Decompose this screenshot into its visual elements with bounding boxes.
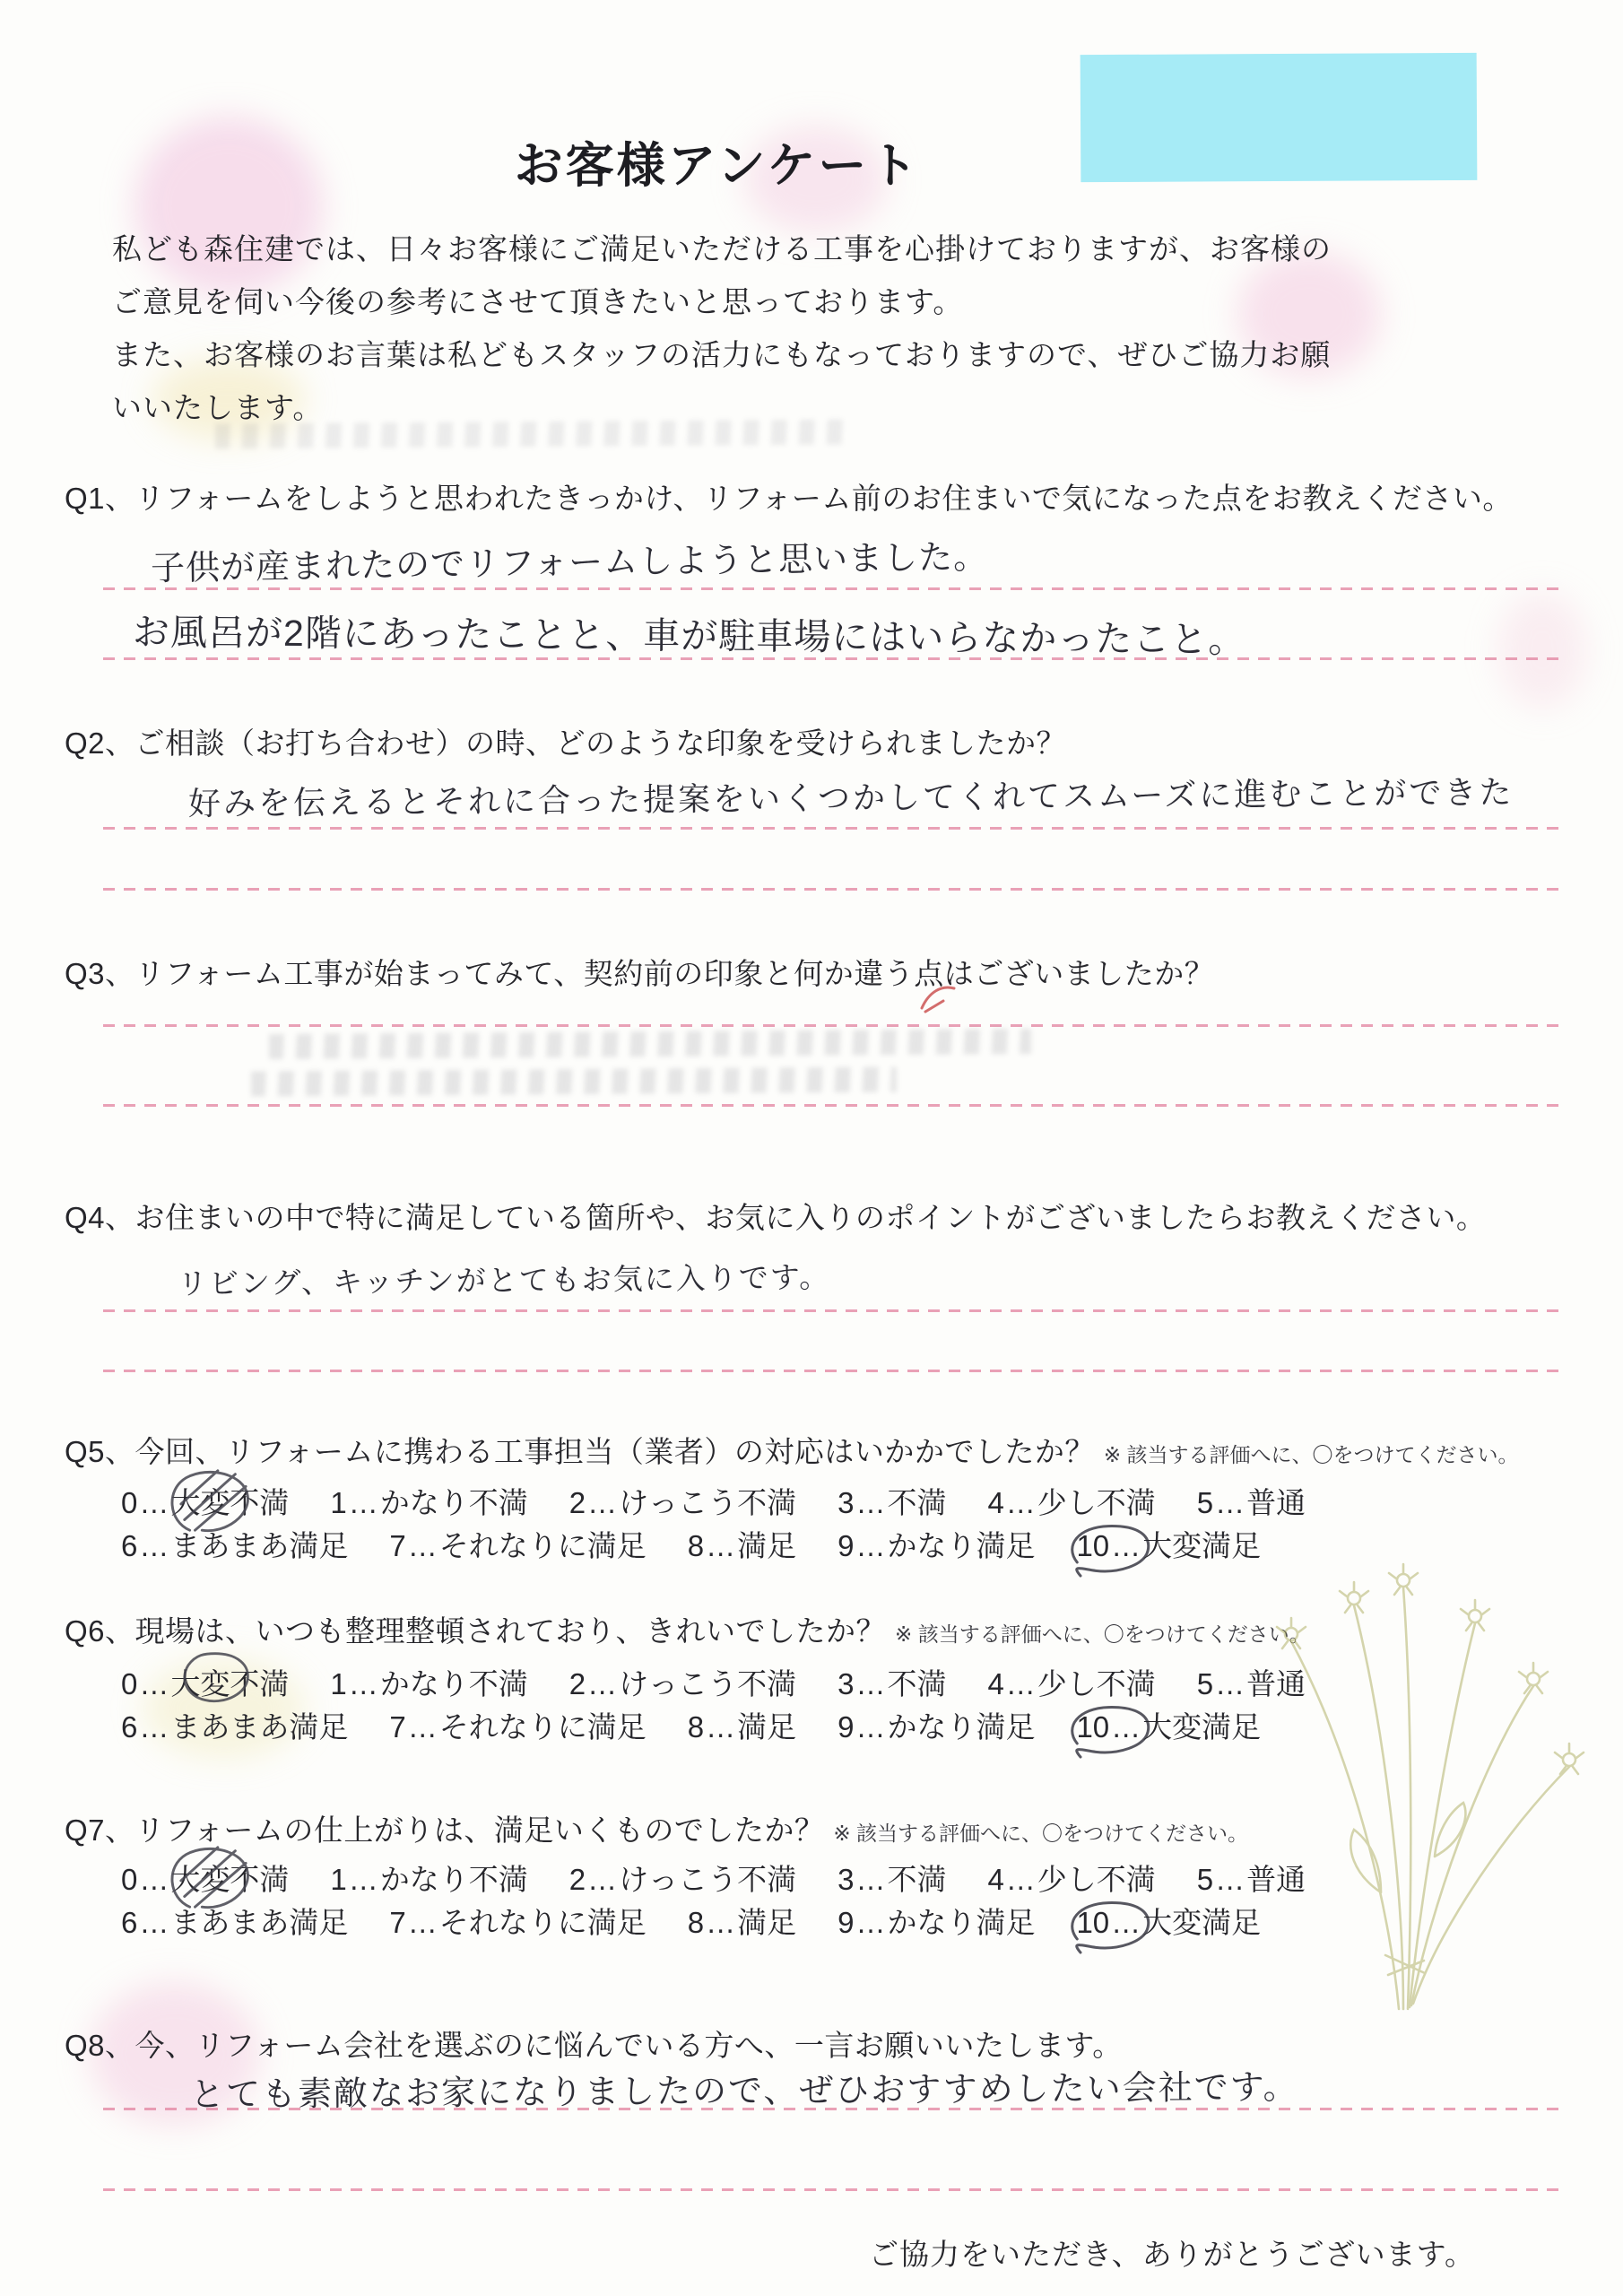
question-label: Q6、 xyxy=(65,1614,135,1648)
rating-label: 大変不満 xyxy=(170,1857,289,1899)
answer-line xyxy=(103,1309,1565,1312)
rating-option-4: 4…少し不満 xyxy=(987,1661,1155,1703)
rating-option-0: 0…大変不満 xyxy=(121,1661,289,1703)
rating-number: 8 xyxy=(688,1906,704,1940)
rating-number: 9 xyxy=(838,1529,854,1563)
rating-label: 満足 xyxy=(737,1523,796,1565)
rating-instruction-note: ※ 該当する評価へに、〇をつけてください。 xyxy=(895,1622,1310,1646)
question-q3: Q3、リフォーム工事が始まってみて、契約前の印象と何か違う点はございましたか？ xyxy=(65,951,1214,993)
question-q8: Q8、今、リフォーム会社を選ぶのに悩んでいる方へ、一言お願いいたします。 xyxy=(65,2022,1123,2065)
intro-paragraph: 私ども森住建では、日々お客様にご満足いただける工事を心掛けておりますが、お客様の… xyxy=(112,222,1439,434)
rating-label: かなり不満 xyxy=(380,1480,528,1522)
rating-number: 10 xyxy=(1076,1529,1109,1563)
rating-label: 大変満足 xyxy=(1142,1900,1261,1942)
rating-number: 10 xyxy=(1076,1906,1109,1940)
highlight-sticker xyxy=(1081,53,1478,182)
handwritten-answer-q1-1: 子供が産まれたのでリフォームしようと思いました。 xyxy=(151,528,989,589)
rating-option-10: 10…大変満足 xyxy=(1076,1704,1261,1746)
rating-label: かなり満足 xyxy=(887,1704,1035,1746)
rating-number: 2 xyxy=(569,1667,586,1701)
closing-thanks: ご協力をいただき、ありがとうございます。 xyxy=(869,2231,1475,2274)
rating-separator: … xyxy=(855,1529,885,1562)
rating-label: 普通 xyxy=(1246,1857,1306,1899)
rating-number: 3 xyxy=(838,1667,854,1701)
rating-number: 5 xyxy=(1197,1667,1213,1701)
rating-separator: … xyxy=(408,1906,438,1939)
rating-separator: … xyxy=(1006,1863,1036,1896)
erased-writing xyxy=(215,420,843,449)
question-q1: Q1、リフォームをしようと思われたきっかけ、リフォーム前のお住まいで気になった点… xyxy=(65,475,1513,517)
question-text: 現場は、いつも整理整頓されており、きれいでしたか？ xyxy=(135,1614,887,1648)
rating-label: 少し不満 xyxy=(1037,1857,1156,1899)
rating-number: 4 xyxy=(987,1486,1003,1520)
rating-separator: … xyxy=(349,1486,378,1519)
rating-separator: … xyxy=(587,1863,617,1896)
rating-option-2: 2…けっこう不満 xyxy=(569,1480,796,1522)
rating-label: かなり満足 xyxy=(887,1900,1035,1942)
rating-separator: … xyxy=(1006,1667,1036,1700)
answer-line xyxy=(103,657,1565,660)
rating-number: 10 xyxy=(1076,1710,1109,1744)
answer-line xyxy=(103,1024,1565,1027)
question-text: 今、リフォーム会社を選ぶのに悩んでいる方へ、一言お願いいたします。 xyxy=(135,2029,1123,2062)
rating-label: けっこう不満 xyxy=(619,1857,796,1899)
question-q6: Q6、現場は、いつも整理整頓されており、きれいでしたか？※ 該当する評価へに、〇… xyxy=(65,1608,1310,1650)
rating-separator: … xyxy=(349,1863,378,1896)
rating-separator: … xyxy=(408,1529,438,1562)
answer-line xyxy=(103,2188,1565,2191)
circle-annotation xyxy=(176,1648,255,1708)
rating-number: 1 xyxy=(330,1667,346,1701)
rating-number: 7 xyxy=(389,1906,405,1940)
page-title: お客様アンケート xyxy=(404,127,1031,196)
rating-number: 0 xyxy=(121,1667,137,1701)
rating-label: 少し不満 xyxy=(1037,1661,1156,1703)
rating-label: 大変満足 xyxy=(1142,1523,1261,1565)
flower-head xyxy=(1555,1744,1584,1774)
rating-label: 少し不満 xyxy=(1037,1480,1156,1522)
question-text: 今回、リフォームに携わる工事担当（業者）の対応はいかかでしたか？ xyxy=(135,1435,1095,1468)
intro-line: 私ども森住建では、日々お客様にご満足いただける工事を心掛けておりますが、お客様の xyxy=(112,222,1439,275)
question-q7: Q7、リフォームの仕上がりは、満足いくものでしたか？※ 該当する評価へに、〇をつ… xyxy=(65,1807,1248,1849)
rating-separator: … xyxy=(855,1906,885,1939)
rating-option-7: 7…それなりに満足 xyxy=(389,1523,646,1565)
rating-number: 2 xyxy=(569,1486,586,1520)
rating-row-q7-low: 0…大変不満1…かなり不満2…けっこう不満3…不満4…少し不満5…普通 xyxy=(121,1857,1306,1899)
question-label: Q4、 xyxy=(65,1201,135,1234)
rating-label: 不満 xyxy=(887,1480,946,1522)
rating-number: 0 xyxy=(121,1863,137,1897)
rating-number: 7 xyxy=(389,1710,405,1744)
rating-separator: … xyxy=(1006,1486,1036,1519)
rating-label: それなりに満足 xyxy=(439,1900,647,1942)
scanned-survey-page: お客様アンケート 私ども森住建では、日々お客様にご満足いただける工事を心掛けてお… xyxy=(0,0,1623,2296)
rating-option-10: 10…大変満足 xyxy=(1076,1523,1261,1565)
rating-label: 普通 xyxy=(1246,1480,1306,1522)
rating-option-9: 9…かなり満足 xyxy=(838,1523,1035,1565)
rating-row-q6-high: 6…まあまあ満足7…それなりに満足8…満足9…かなり満足10…大変満足 xyxy=(121,1704,1261,1746)
rating-option-3: 3…不満 xyxy=(838,1480,946,1522)
rating-separator: … xyxy=(855,1667,885,1700)
rating-separator: … xyxy=(1111,1710,1141,1744)
rating-number: 7 xyxy=(389,1529,405,1563)
intro-line: また、お客様のお言葉は私どもスタッフの活力にもなっておりますので、ぜひご協力お願 xyxy=(112,328,1439,381)
rating-number: 2 xyxy=(569,1863,586,1897)
rating-label: 満足 xyxy=(737,1704,796,1746)
answer-line xyxy=(103,587,1565,590)
flower-head xyxy=(1389,1564,1418,1595)
rating-option-8: 8…満足 xyxy=(688,1704,796,1746)
rating-number: 6 xyxy=(121,1529,137,1563)
rating-number: 9 xyxy=(838,1906,854,1940)
rating-option-6: 6…まあまあ満足 xyxy=(121,1900,348,1942)
rating-label: かなり不満 xyxy=(380,1857,528,1899)
flower-head xyxy=(1340,1582,1368,1613)
rating-option-7: 7…それなりに満足 xyxy=(389,1704,646,1746)
watercolor-stain xyxy=(1497,592,1587,709)
rating-option-3: 3…不満 xyxy=(838,1661,946,1703)
rating-separator: … xyxy=(706,1710,735,1744)
rating-separator: … xyxy=(139,1486,169,1519)
circle-annotation xyxy=(1062,1520,1155,1576)
rating-separator: … xyxy=(1215,1486,1245,1519)
rating-label: かなり満足 xyxy=(887,1523,1035,1565)
rating-number: 4 xyxy=(987,1667,1003,1701)
flower-head xyxy=(1519,1663,1548,1693)
rating-option-9: 9…かなり満足 xyxy=(838,1704,1035,1746)
rating-separator: … xyxy=(139,1667,169,1700)
handwritten-answer-q4: リビング、キッチンがとてもお気に入りです。 xyxy=(178,1254,831,1303)
rating-option-1: 1…かなり不満 xyxy=(330,1480,527,1522)
rating-separator: … xyxy=(1215,1863,1245,1896)
question-text: リフォーム工事が始まってみて、契約前の印象と何か違う点はございましたか？ xyxy=(135,957,1215,990)
rating-number: 5 xyxy=(1197,1486,1213,1520)
rating-option-9: 9…かなり満足 xyxy=(838,1900,1035,1942)
rating-separator: … xyxy=(855,1863,885,1896)
rating-option-1: 1…かなり不満 xyxy=(330,1857,527,1899)
question-q2: Q2、ご相談（お打ち合わせ）の時、どのような印象を受けられましたか？ xyxy=(65,720,1066,762)
question-label: Q3、 xyxy=(65,957,135,990)
handwritten-answer-q2: 好みを伝えるとそれに合った提案をいくつかしてくれてスムーズに進むことができた xyxy=(188,768,1515,825)
rating-option-8: 8…満足 xyxy=(688,1900,796,1942)
question-text: ご相談（お打ち合わせ）の時、どのような印象を受けられましたか？ xyxy=(135,726,1067,760)
handwritten-answer-q1-2: お風呂が2階にあったことと、車が駐車場にはいらなかったこと。 xyxy=(133,603,1246,664)
rating-option-0: 0…大変不満 xyxy=(121,1480,289,1522)
rating-instruction-note: ※ 該当する評価へに、〇をつけてください。 xyxy=(833,1822,1248,1845)
rating-label: 普通 xyxy=(1246,1661,1306,1703)
rating-label: まあまあ満足 xyxy=(170,1704,348,1746)
rating-separator: … xyxy=(408,1710,438,1744)
rating-label: 不満 xyxy=(887,1857,946,1899)
rating-label: それなりに満足 xyxy=(439,1704,647,1746)
rating-option-8: 8…満足 xyxy=(688,1523,796,1565)
rating-number: 8 xyxy=(688,1710,704,1744)
question-label: Q8、 xyxy=(65,2029,135,2062)
question-text: リフォームをしようと思われたきっかけ、リフォーム前のお住まいで気になった点をお教… xyxy=(135,482,1513,515)
circle-annotation xyxy=(1062,1701,1155,1757)
rating-separator: … xyxy=(1215,1667,1245,1700)
rating-option-4: 4…少し不満 xyxy=(987,1480,1155,1522)
rating-option-3: 3…不満 xyxy=(838,1857,946,1899)
rating-row-q7-high: 6…まあまあ満足7…それなりに満足8…満足9…かなり満足10…大変満足 xyxy=(121,1900,1261,1942)
question-label: Q1、 xyxy=(65,482,135,515)
flower-head xyxy=(1461,1600,1489,1631)
rating-option-5: 5…普通 xyxy=(1197,1480,1306,1522)
rating-number: 1 xyxy=(330,1863,346,1897)
rating-option-0: 0…大変不満 xyxy=(121,1857,289,1899)
rating-separator: … xyxy=(706,1906,735,1939)
rating-label: まあまあ満足 xyxy=(170,1900,348,1942)
rating-separator: … xyxy=(706,1529,735,1562)
question-label: Q2、 xyxy=(65,726,135,760)
question-q5: Q5、今回、リフォームに携わる工事担当（業者）の対応はいかかでしたか？※ 該当す… xyxy=(65,1429,1519,1471)
rating-label: かなり不満 xyxy=(380,1661,528,1703)
rating-number: 6 xyxy=(121,1710,137,1744)
rating-label: 大変不満 xyxy=(170,1480,289,1522)
rating-separator: … xyxy=(139,1863,169,1896)
rating-separator: … xyxy=(139,1529,169,1562)
rating-label: けっこう不満 xyxy=(619,1661,796,1703)
answer-line xyxy=(103,888,1565,891)
answer-line xyxy=(103,1104,1565,1107)
rating-option-10: 10…大変満足 xyxy=(1076,1900,1261,1942)
question-q4: Q4、お住まいの中で特に満足している箇所や、お気に入りのポイントがございましたら… xyxy=(65,1195,1486,1237)
question-text: リフォームの仕上がりは、満足いくものでしたか？ xyxy=(135,1813,825,1847)
rating-label: 満足 xyxy=(737,1900,796,1942)
circle-annotation xyxy=(1062,1897,1155,1952)
rating-row-q5-high: 6…まあまあ満足7…それなりに満足8…満足9…かなり満足10…大変満足 xyxy=(121,1523,1261,1565)
rating-label: 大変満足 xyxy=(1142,1704,1261,1746)
rating-option-1: 1…かなり不満 xyxy=(330,1661,527,1703)
rating-option-7: 7…それなりに満足 xyxy=(389,1900,646,1942)
rating-label: 大変不満 xyxy=(170,1661,289,1703)
erased-writing xyxy=(269,1029,1031,1059)
rating-number: 8 xyxy=(688,1529,704,1563)
rating-separator: … xyxy=(139,1710,169,1744)
rating-option-2: 2…けっこう不満 xyxy=(569,1857,796,1899)
rating-separator: … xyxy=(139,1906,169,1939)
rating-row-q6-low: 0…大変不満1…かなり不満2…けっこう不満3…不満4…少し不満5…普通 xyxy=(121,1661,1306,1703)
rating-number: 3 xyxy=(838,1863,854,1897)
rating-separator: … xyxy=(855,1486,885,1519)
answer-line xyxy=(103,1370,1565,1372)
rating-row-q5-low: 0…大変不満1…かなり不満2…けっこう不満3…不満4…少し不満5…普通 xyxy=(121,1480,1306,1522)
rating-option-5: 5…普通 xyxy=(1197,1661,1306,1703)
rating-number: 0 xyxy=(121,1486,137,1520)
rating-option-2: 2…けっこう不満 xyxy=(569,1661,796,1703)
intro-line: ご意見を伺い今後の参考にさせて頂きたいと思っております。 xyxy=(112,275,1439,328)
rating-separator: … xyxy=(1111,1906,1141,1939)
rating-number: 6 xyxy=(121,1906,137,1940)
question-label: Q7、 xyxy=(65,1813,135,1847)
rating-separator: … xyxy=(855,1710,885,1744)
rating-option-6: 6…まあまあ満足 xyxy=(121,1523,348,1565)
answer-line xyxy=(103,827,1565,830)
rating-number: 9 xyxy=(838,1710,854,1744)
answer-line xyxy=(103,2108,1565,2110)
rating-number: 5 xyxy=(1197,1863,1213,1897)
rating-separator: … xyxy=(587,1486,617,1519)
rating-option-6: 6…まあまあ満足 xyxy=(121,1704,348,1746)
rating-label: まあまあ満足 xyxy=(170,1523,348,1565)
rating-instruction-note: ※ 該当する評価へに、〇をつけてください。 xyxy=(1104,1443,1519,1466)
erased-writing xyxy=(251,1066,897,1096)
question-text: お住まいの中で特に満足している箇所や、お気に入りのポイントがございましたらお教え… xyxy=(135,1201,1487,1234)
rating-label: 不満 xyxy=(887,1661,946,1703)
rating-label: それなりに満足 xyxy=(439,1523,647,1565)
rating-number: 1 xyxy=(330,1486,346,1520)
rating-label: けっこう不満 xyxy=(619,1480,796,1522)
rating-option-4: 4…少し不満 xyxy=(987,1857,1155,1899)
question-label: Q5、 xyxy=(65,1435,135,1468)
rating-number: 4 xyxy=(987,1863,1003,1897)
rating-separator: … xyxy=(587,1667,617,1700)
rating-separator: … xyxy=(349,1667,378,1700)
rating-option-5: 5…普通 xyxy=(1197,1857,1306,1899)
rating-separator: … xyxy=(1111,1529,1141,1562)
rating-number: 3 xyxy=(838,1486,854,1520)
flower-sketch xyxy=(1219,1534,1596,2018)
